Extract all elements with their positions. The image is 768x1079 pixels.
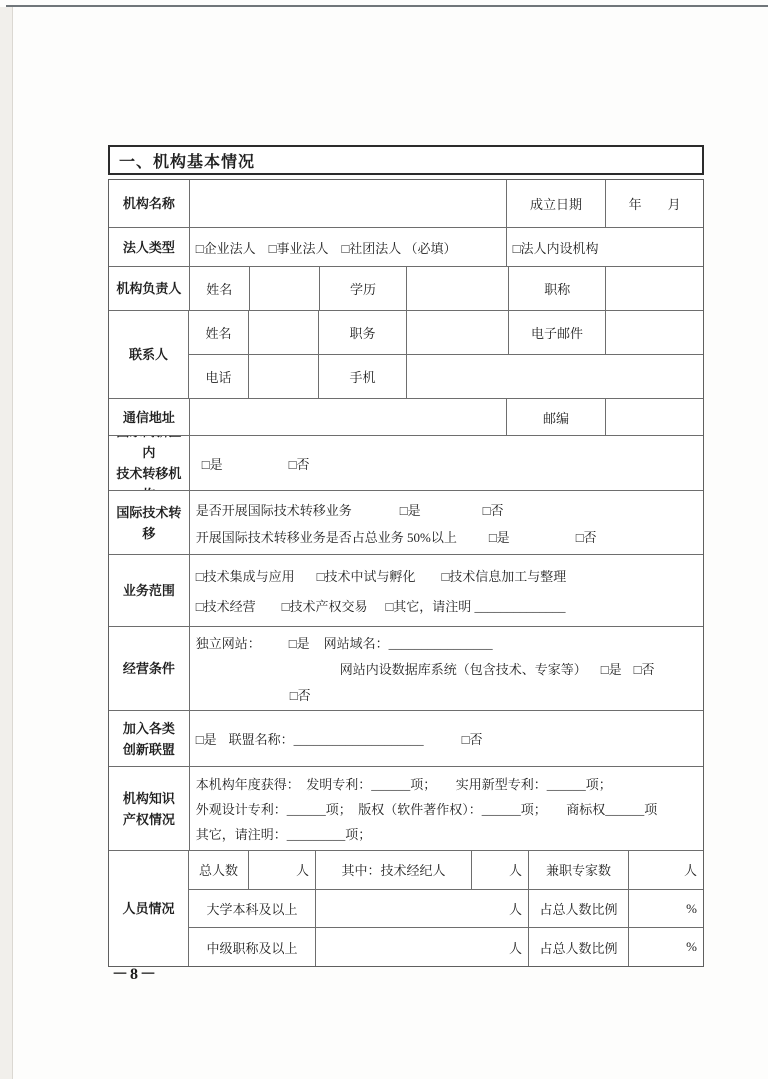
db-system-label: 网站内设数据库系统（包含技术、专家等） xyxy=(340,659,587,678)
alliance-name-blank[interactable]: 联盟名称：____________________ xyxy=(229,729,424,748)
personnel-subrow-3: 中级职称及以上 人 占总人数比例 % xyxy=(188,927,703,966)
checkbox-other-scope[interactable]: □其它，请注明 ______________ xyxy=(385,596,565,615)
address-label: 通信地址 xyxy=(109,399,189,435)
org-name-input[interactable] xyxy=(189,180,506,227)
est-date-label: 成立日期 xyxy=(506,180,606,227)
form-table: 机构名称 成立日期 年 月 法人类型 □企业法人 □事业法人 □社团法人 （必填… xyxy=(108,179,704,967)
tech-broker-input[interactable]: 人 xyxy=(471,851,528,889)
bachelor-ratio-input[interactable]: % xyxy=(628,890,703,928)
checkbox-site-yes[interactable]: □是 xyxy=(289,633,310,652)
row-org-head: 机构负责人 姓名 学历 职称 xyxy=(109,266,703,310)
alliance-label: 加入各类 创新联盟 xyxy=(109,711,189,766)
parttime-expert-input[interactable]: 人 xyxy=(628,851,703,889)
mid-title-input[interactable]: 人 xyxy=(315,928,528,966)
checkbox-hitech-yes[interactable]: □是 xyxy=(202,454,223,473)
row-org-name: 机构名称 成立日期 年 月 xyxy=(109,180,703,227)
bachelor-ratio-label: 占总人数比例 xyxy=(528,890,628,928)
mid-title-label: 中级职称及以上 xyxy=(188,928,315,966)
intl-q2-text: 开展国际技术转移业务是否占总业务 50%以上 xyxy=(196,527,457,546)
est-date-input[interactable]: 年 月 xyxy=(605,180,703,227)
ip-line-3[interactable]: 其它，请注明：_________项； xyxy=(196,824,697,843)
checkbox-association-legal-person[interactable]: □社团法人 （必填） xyxy=(341,238,456,257)
alliance-content: □是 联盟名称：____________________ □否 xyxy=(189,711,703,766)
checkbox-tech-property-trade[interactable]: □技术产权交易 xyxy=(282,596,368,615)
alliance-label-text: 加入各类 创新联盟 xyxy=(123,718,175,760)
personnel-subrow-2: 大学本科及以上 人 占总人数比例 % xyxy=(188,889,703,928)
row-alliance: 加入各类 创新联盟 □是 联盟名称：____________________ □… xyxy=(109,710,703,766)
checkbox-hitech-no[interactable]: □否 xyxy=(289,454,310,473)
hitech-zone-label: 国家高新区内 技术转移机构 xyxy=(109,436,189,490)
scan-edge-top xyxy=(6,5,768,7)
hitech-zone-options: □是 □否 xyxy=(189,436,703,490)
biz-scope-label: 业务范围 xyxy=(109,555,189,626)
row-contact: 联系人 姓名 职务 电子邮件 电话 手机 xyxy=(109,310,703,398)
contact-subrow-2: 电话 手机 xyxy=(188,354,703,398)
row-address: 通信地址 邮编 xyxy=(109,398,703,435)
contact-phone-label: 电话 xyxy=(188,355,248,398)
total-staff-input[interactable]: 人 xyxy=(248,851,315,889)
tech-broker-label: 其中：技术经纪人 xyxy=(315,851,471,889)
ip-label-text: 机构知识 产权情况 xyxy=(123,788,175,830)
row-intl-transfer: 国际技术转移 是否开展国际技术转移业务 □是 □否 开展国际技术转移业务是否占总… xyxy=(109,490,703,554)
site-domain-blank[interactable]: 网站域名：________________ xyxy=(324,633,493,652)
ip-content: 本机构年度获得： 发明专利：______项； 实用新型专利：______项； 外… xyxy=(189,767,703,850)
contact-email-label: 电子邮件 xyxy=(508,311,605,354)
head-name-label: 姓名 xyxy=(189,267,249,310)
checkbox-intl-q2-no[interactable]: □否 xyxy=(576,527,597,546)
scan-edge-left xyxy=(0,7,13,1079)
contact-phone-input[interactable] xyxy=(248,355,318,398)
checkbox-intl-q2-yes[interactable]: □是 xyxy=(489,527,510,546)
conditions-content: 独立网站： □是 网站域名：________________ 网站内设数据库系统… xyxy=(189,627,703,710)
contact-name-label: 姓名 xyxy=(188,311,248,354)
site-label: 独立网站： xyxy=(196,633,261,652)
org-name-label: 机构名称 xyxy=(109,180,189,227)
zip-input[interactable] xyxy=(605,399,703,435)
conditions-line-1: 独立网站： □是 网站域名：________________ xyxy=(196,633,697,652)
checkbox-intl-q1-no[interactable]: □否 xyxy=(483,500,504,519)
checkbox-enterprise-legal-person[interactable]: □企业法人 xyxy=(196,238,256,257)
conditions-line-3: □否 xyxy=(196,685,697,704)
zip-label: 邮编 xyxy=(506,399,606,435)
org-head-label: 机构负责人 xyxy=(109,267,189,310)
bachelor-label: 大学本科及以上 xyxy=(188,890,315,928)
biz-scope-line-2: □技术经营 □技术产权交易 □其它，请注明 ______________ xyxy=(196,596,697,615)
section-title: 一、机构基本情况 xyxy=(119,149,255,172)
checkbox-tech-pilot[interactable]: □技术中试与孵化 xyxy=(317,566,416,585)
contact-subrows: 姓名 职务 电子邮件 电话 手机 xyxy=(188,311,703,398)
total-staff-label: 总人数 xyxy=(188,851,248,889)
scanned-form-page: 一、机构基本情况 机构名称 成立日期 年 月 法人类型 □企业法人 □事业法人 … xyxy=(0,0,768,1079)
contact-mobile-label: 手机 xyxy=(318,355,406,398)
personnel-label: 人员情况 xyxy=(109,851,188,966)
biz-scope-content: □技术集成与应用 □技术中试与孵化 □技术信息加工与整理 □技术经营 □技术产权… xyxy=(189,555,703,626)
legal-type-label: 法人类型 xyxy=(109,228,189,266)
checkbox-alliance-yes[interactable]: □是 xyxy=(196,729,217,748)
head-education-label: 学历 xyxy=(319,267,407,310)
head-name-input[interactable] xyxy=(249,267,319,310)
checkbox-internal-org[interactable]: □法人内设机构 xyxy=(513,238,599,257)
hitech-zone-label-text: 国家高新区内 技术转移机构 xyxy=(111,436,187,490)
intl-transfer-content: 是否开展国际技术转移业务 □是 □否 开展国际技术转移业务是否占总业务 50%以… xyxy=(189,491,703,554)
contact-email-input[interactable] xyxy=(605,311,703,354)
checkbox-tech-operation[interactable]: □技术经营 xyxy=(196,596,256,615)
contact-mobile-input[interactable] xyxy=(406,355,703,398)
row-personnel: 人员情况 总人数 人 其中：技术经纪人 人 兼职专家数 人 大学本科及以上 人 … xyxy=(109,850,703,966)
parttime-expert-label: 兼职专家数 xyxy=(528,851,628,889)
legal-type-internal: □法人内设机构 xyxy=(506,228,703,266)
conditions-label: 经营条件 xyxy=(109,627,189,710)
contact-label: 联系人 xyxy=(109,311,188,398)
personnel-subrows: 总人数 人 其中：技术经纪人 人 兼职专家数 人 大学本科及以上 人 占总人数比… xyxy=(188,851,703,966)
legal-type-options: □企业法人 □事业法人 □社团法人 （必填） xyxy=(189,228,506,266)
checkbox-alliance-no[interactable]: □否 xyxy=(462,729,483,748)
address-input[interactable] xyxy=(189,399,506,435)
ip-line-1[interactable]: 本机构年度获得： 发明专利：______项； 实用新型专利：______项； xyxy=(196,774,697,793)
head-title-label: 职称 xyxy=(508,267,605,310)
checkbox-intl-q1-yes[interactable]: □是 xyxy=(400,500,421,519)
contact-name-input[interactable] xyxy=(248,311,318,354)
bachelor-input[interactable]: 人 xyxy=(315,890,528,928)
conditions-line-2: 网站内设数据库系统（包含技术、专家等） □是 □否 xyxy=(196,659,697,678)
row-hitech-zone: 国家高新区内 技术转移机构 □是 □否 xyxy=(109,435,703,490)
checkbox-tech-integration[interactable]: □技术集成与应用 xyxy=(196,566,295,585)
checkbox-site-no[interactable]: □否 xyxy=(290,685,311,704)
section-title-box: 一、机构基本情况 xyxy=(108,145,704,175)
intl-transfer-label: 国际技术转移 xyxy=(109,491,189,554)
page-number: －8－ xyxy=(112,961,158,984)
contact-position-input[interactable] xyxy=(406,311,508,354)
mid-ratio-label: 占总人数比例 xyxy=(528,928,628,966)
biz-scope-line-1: □技术集成与应用 □技术中试与孵化 □技术信息加工与整理 xyxy=(196,566,697,585)
ip-label: 机构知识 产权情况 xyxy=(109,767,189,850)
row-biz-scope: 业务范围 □技术集成与应用 □技术中试与孵化 □技术信息加工与整理 □技术经营 … xyxy=(109,554,703,626)
personnel-subrow-1: 总人数 人 其中：技术经纪人 人 兼职专家数 人 xyxy=(188,851,703,889)
intl-q1-text: 是否开展国际技术转移业务 xyxy=(196,500,352,519)
contact-position-label: 职务 xyxy=(318,311,406,354)
checkbox-institution-legal-person[interactable]: □事业法人 xyxy=(269,238,329,257)
checkbox-tech-info[interactable]: □技术信息加工与整理 xyxy=(441,566,566,585)
intl-q1-line: 是否开展国际技术转移业务 □是 □否 xyxy=(196,500,697,519)
mid-ratio-input[interactable]: % xyxy=(628,928,703,966)
intl-q2-line: 开展国际技术转移业务是否占总业务 50%以上 □是 □否 xyxy=(196,527,697,546)
row-ip: 机构知识 产权情况 本机构年度获得： 发明专利：______项； 实用新型专利：… xyxy=(109,766,703,850)
checkbox-db-yes[interactable]: □是 xyxy=(601,659,622,678)
checkbox-db-no[interactable]: □否 xyxy=(634,659,655,678)
head-education-input[interactable] xyxy=(406,267,508,310)
row-legal-type: 法人类型 □企业法人 □事业法人 □社团法人 （必填） □法人内设机构 xyxy=(109,227,703,266)
ip-line-2[interactable]: 外观设计专利：______项； 版权（软件著作权）：______项； 商标权__… xyxy=(196,799,697,818)
head-title-input[interactable] xyxy=(605,267,703,310)
row-conditions: 经营条件 独立网站： □是 网站域名：________________ 网站内设… xyxy=(109,626,703,710)
contact-subrow-1: 姓名 职务 电子邮件 xyxy=(188,311,703,354)
